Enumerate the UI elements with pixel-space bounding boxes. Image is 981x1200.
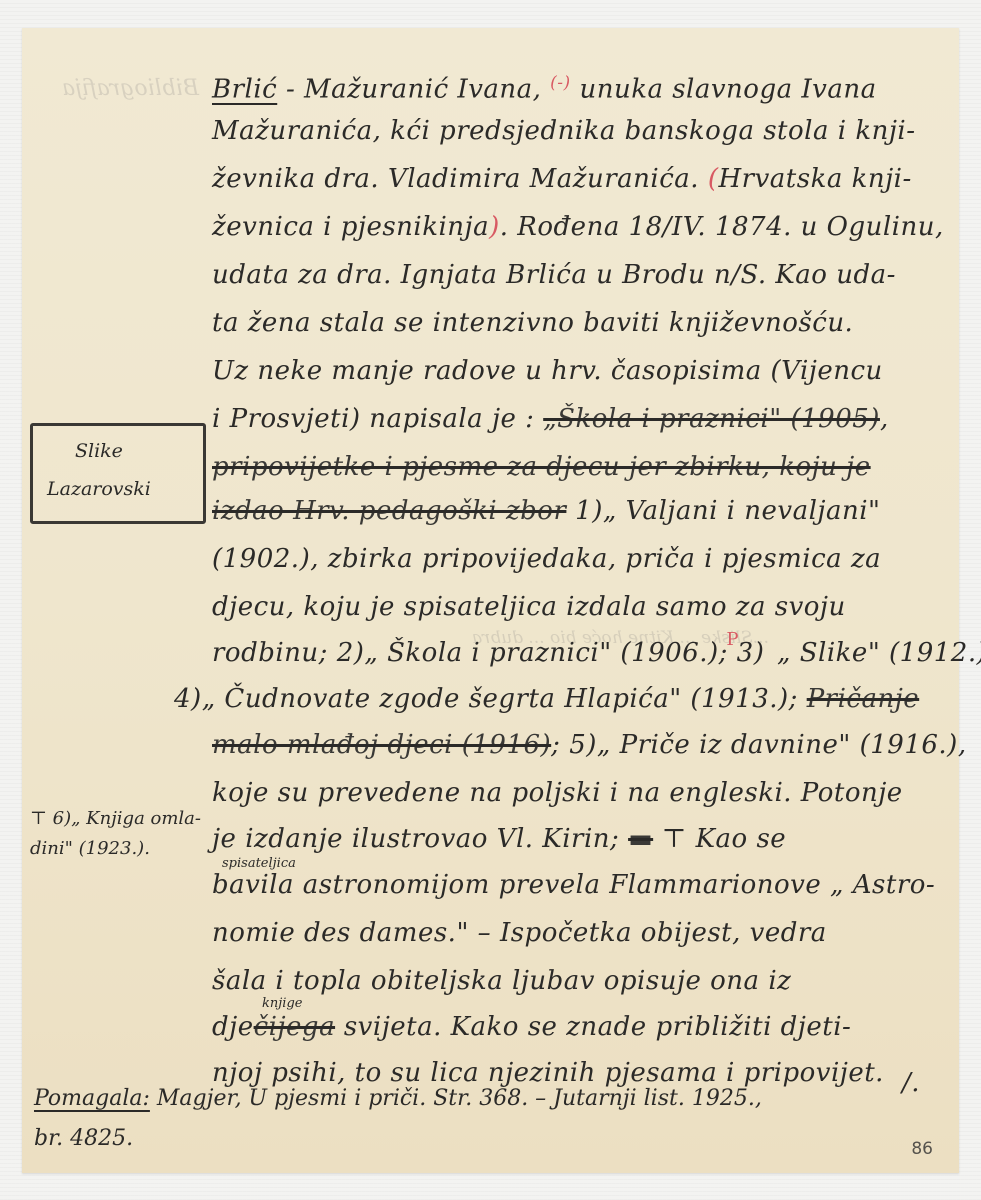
text-line: udata za dra. Ignjata Brlića u Brodu n/S… (212, 260, 896, 290)
text-line: Uz neke manje radove u hrv. časopisima (… (212, 356, 883, 386)
text-segment: šala i topla obiteljska ljubav opisuje o… (212, 966, 791, 996)
text-segment: rodbinu; 2)„ Škola i praznici" (1906.) (212, 638, 719, 668)
struck-text: ▬ (628, 824, 653, 854)
text-line: nomie des dames." – Ispočetka obijest, v… (212, 918, 827, 948)
text-segment: svijeta. Kako se znade približiti djeti- (335, 1012, 851, 1042)
struck-text: malo mlađoj djeci (1916) (212, 730, 551, 760)
text-line: rodbinu; 2)„ Škola i praznici" (1906.); … (212, 638, 981, 671)
text-line: pripovijetke i pjesme za djecu jer zbirk… (212, 452, 871, 482)
text-line: ževnica i pjesnikinja). Rođena 18/IV. 18… (212, 212, 944, 242)
text-segment: ta žena stala se intenzivno baviti knjiž… (212, 308, 853, 338)
text-segment: . Rođena 18/IV. 1874. u Ogulinu, (500, 212, 944, 242)
struck-text: Pričanje (807, 684, 920, 714)
text-segment: dje (212, 1012, 254, 1042)
inserted-word: spisateljica (222, 856, 296, 871)
text-line: bavila astronomijom prevela Flammarionov… (212, 870, 935, 900)
continuation-mark: /. (902, 1068, 920, 1098)
text-segment: njoj psihi, to su lica njezinih pjesama … (212, 1058, 884, 1088)
page-number: 86 (911, 1139, 933, 1159)
struck-text: pripovijetke i pjesme za djecu jer zbirk… (212, 452, 871, 482)
red-editor-mark: ( (708, 164, 719, 194)
list-number: 4) (174, 684, 202, 714)
text-line: ta žena stala se intenzivno baviti knjiž… (212, 308, 853, 338)
text-line: (1902.), zbirka pripovijedaka, priča i p… (212, 544, 881, 574)
text-segment: i Prosvjeti) napisala je : (212, 404, 543, 434)
text-line: ževnika dra. Vladimira Mažuranića. (Hrva… (212, 164, 912, 194)
text-line: Mažuranića, kći predsjednika banskoga st… (212, 116, 915, 146)
text-segment: bavila astronomijom prevela Flammarionov… (212, 870, 935, 900)
struck-text: čijega (254, 1012, 335, 1042)
text-segment: unuka slavnoga Ivana (571, 75, 877, 105)
text-line: njoj psihi, to su lica njezinih pjesama … (212, 1058, 884, 1088)
references-line: Pomagala: Magjer, U pjesmi i priči. Str.… (34, 1086, 762, 1111)
margin-box-line: Lazarovski (47, 478, 151, 500)
text-segment: Mažuranića, kći predsjednika banskoga st… (212, 116, 915, 146)
text-segment: ⊤ Kao se (653, 824, 786, 854)
text-line: izdao Hrv. pedagoški zbor 1)„ Valjani i … (212, 496, 880, 526)
text-segment: - Mažuranić Ivana, (277, 75, 550, 105)
text-segment: Uz neke manje radove u hrv. časopisima (… (212, 356, 883, 386)
margin-note-line: dini" (1923.). (30, 838, 150, 859)
struck-text: „Škola i praznici" (1905) (543, 404, 880, 434)
references-line: br. 4825. (34, 1126, 133, 1151)
margin-box-note: Slike Lazarovski (30, 423, 206, 524)
text-line: šala i topla obiteljska ljubav opisuje o… (212, 966, 791, 996)
entry-heading: Brlić (212, 75, 277, 105)
red-editor-mark: (-) (550, 73, 571, 93)
margin-box-line: Slike (75, 440, 123, 462)
text-segment: nomie des dames." – Ispočetka obijest, v… (212, 918, 827, 948)
text-segment: (1902.), zbirka pripovijedaka, priča i p… (212, 544, 881, 574)
text-line: dječijega svijeta. Kako se znade približ… (212, 1012, 851, 1042)
inserted-word: knjige (262, 996, 302, 1011)
text-segment: koje su prevedene na poljski i na engles… (212, 778, 903, 808)
text-segment: „ Slike" (1912.); (777, 638, 981, 668)
text-segment: „ Čudnovate zgode šegrta Hlapića" (1913.… (202, 684, 807, 714)
red-editor-mark: ) (489, 212, 500, 242)
text-line: djecu, koju je spisateljica izdala samo … (212, 592, 846, 622)
bleed-through-text: Bibliografija (62, 76, 199, 101)
text-line: je izdanje ilustrovao Vl. Kirin; ▬ ⊤ Kao… (212, 824, 786, 854)
text-line: malo mlađoj djeci (1916); 5)„ Priče iz d… (212, 730, 967, 760)
text-segment: 1)„ Valjani i nevaljani" (566, 496, 880, 526)
text-segment: ; 5)„ Priče iz davnine" (1916.), (551, 730, 966, 760)
text-segment: je izdanje ilustrovao Vl. Kirin; (212, 824, 628, 854)
margin-note-line: ⊤ 6)„ Knjiga omla- (30, 808, 201, 829)
struck-text: izdao Hrv. pedagoški zbor (212, 496, 566, 526)
text-segment: ževnica i pjesnikinja (212, 212, 489, 242)
text-segment: Hrvatska knji- (718, 164, 911, 194)
text-line: i Prosvjeti) napisala je : „Škola i praz… (212, 404, 889, 434)
text-segment: udata za dra. Ignjata Brlića u Brodu n/S… (212, 260, 896, 290)
references-text: Magjer, U pjesmi i priči. Str. 368. – Ju… (150, 1086, 762, 1111)
text-line: Brlić - Mažuranić Ivana, (-) unuka slavn… (212, 68, 877, 105)
text-segment: , (880, 404, 889, 434)
text-segment: djecu, koju je spisateljica izdala samo … (212, 592, 846, 622)
red-editor-mark: P (726, 629, 739, 650)
text-line: koje su prevedene na poljski i na engles… (212, 778, 903, 808)
references-label: Pomagala: (34, 1086, 150, 1111)
text-segment: ževnika dra. Vladimira Mažuranića. (212, 164, 708, 194)
manuscript-page: Bibliografija ...Sliske ... Kitne hoće b… (22, 28, 959, 1173)
text-line: 4)„ Čudnovate zgode šegrta Hlapića" (191… (174, 684, 919, 714)
